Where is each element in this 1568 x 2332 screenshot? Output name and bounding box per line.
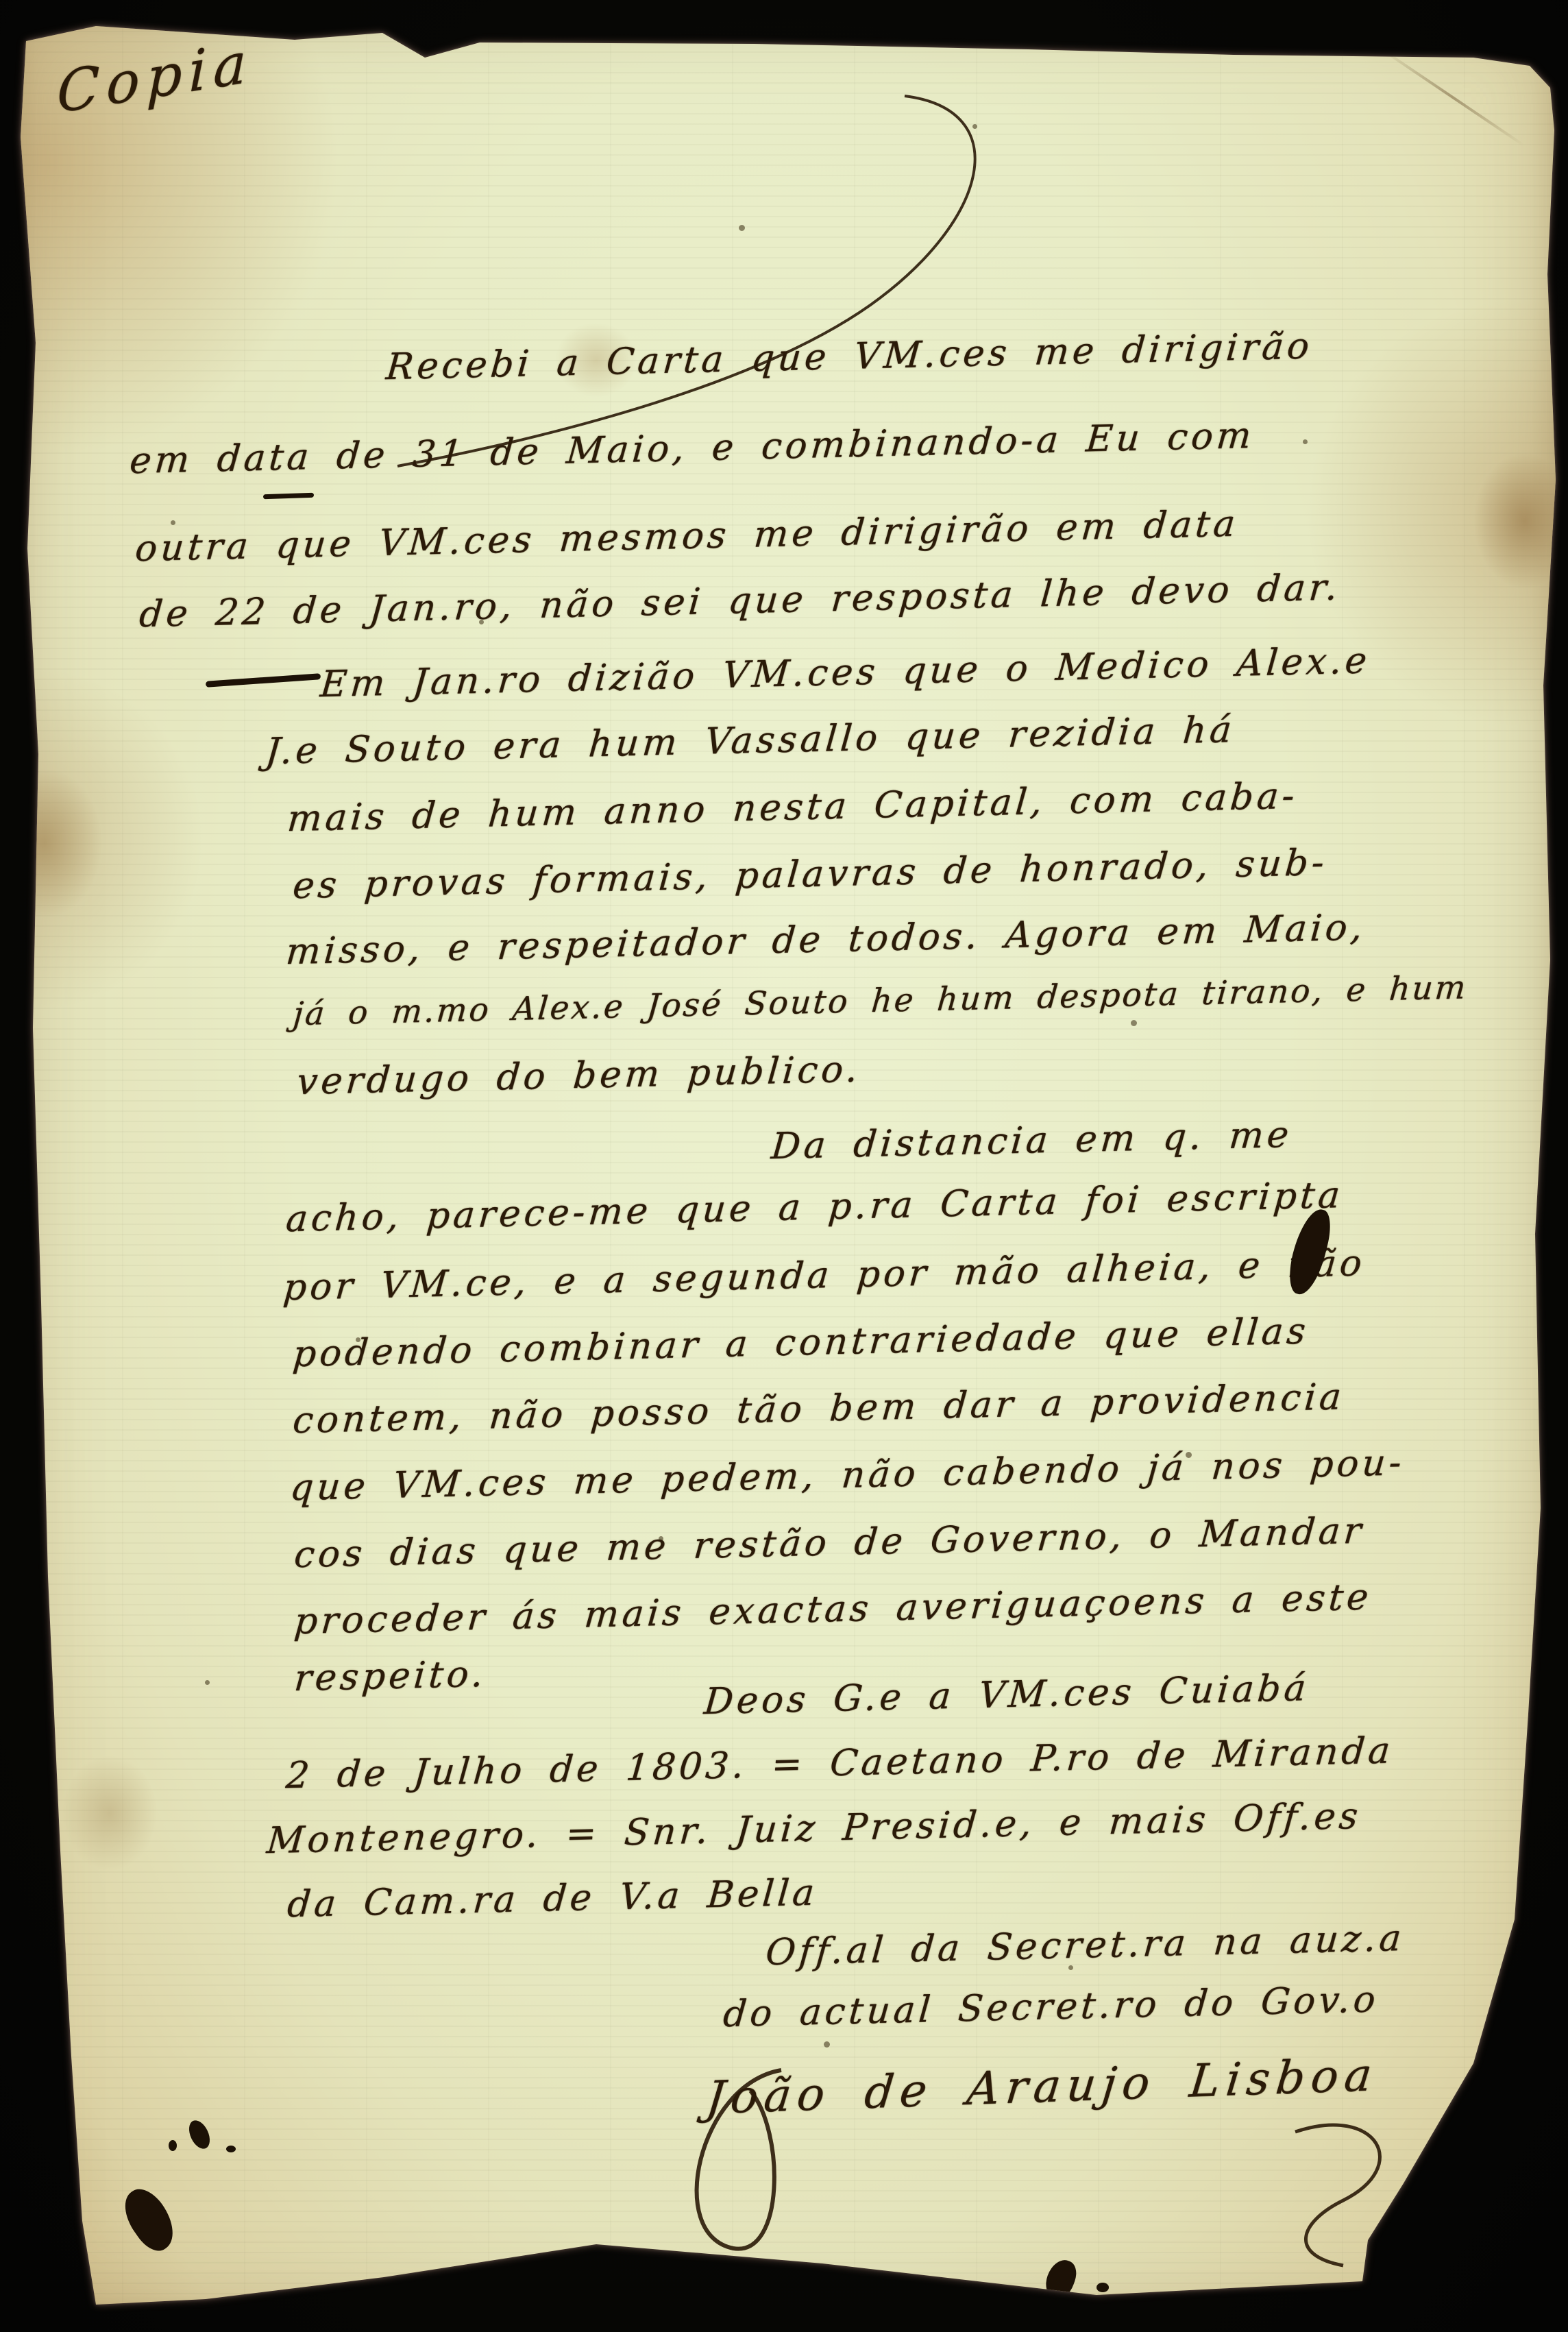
manuscript-line: Montenegro. = Snr. Juiz Presid.e, e mais…: [265, 1795, 1363, 1862]
manuscript-line: que VM.ces me pedem, não cabendo já nos …: [289, 1442, 1406, 1509]
signature: João de Araujo Lisboa: [704, 2048, 1380, 2125]
manuscript-line: mais de hum anno nesta Capital, com caba…: [286, 775, 1299, 840]
manuscript-line: Off.al da Secret.ra na auz.a: [764, 1917, 1406, 1973]
ink-blot: [115, 2182, 184, 2258]
corner-crease: [1381, 48, 1524, 146]
manuscript-line: cos dias que me restão de Governo, o Man…: [293, 1510, 1366, 1577]
manuscript-line: do actual Secret.ro do Gov.o: [722, 1978, 1380, 2035]
manuscript-line: de 22 de Jan.ro, não sei que resposta lh…: [138, 566, 1343, 635]
foxing-stain: [1473, 452, 1568, 590]
pen-flourish: [322, 48, 994, 487]
manuscript-line: Da distancia em q. me: [770, 1114, 1294, 1167]
manuscript-paper: Copia Recebi a Carta que VM.ces me dirig…: [0, 0, 1568, 2332]
manuscript-line: respeito.: [293, 1653, 488, 1699]
foxing-stain: [62, 1755, 158, 1871]
manuscript-line: J.e Souto era hum Vassallo que rezidia h…: [264, 709, 1236, 773]
manuscript-line: podendo combinar a contrariedade que ell…: [291, 1310, 1310, 1375]
paper-wrapper: Copia Recebi a Carta que VM.ces me dirig…: [0, 0, 1568, 2332]
manuscript-line: verdugo do bem publico.: [295, 1048, 863, 1103]
manuscript-line: por VM.ce, e a segunda por mão alheia, e…: [282, 1242, 1367, 1309]
manuscript-line: es provas formais, palavras de honrado, …: [291, 842, 1329, 907]
ink-blot: [226, 2146, 236, 2152]
manuscript-line: acho, parece-me que a p.ra Carta foi esc…: [284, 1174, 1345, 1240]
manuscript-line: Em Jan.ro dizião VM.ces que o Medico Ale…: [319, 640, 1372, 705]
manuscript-line: já o m.mo Alex.e José Souto he hum despo…: [291, 969, 1469, 1033]
manuscript-line: 2 de Julho de 1803. = Caetano P.ro de Mi…: [284, 1729, 1395, 1797]
manuscript-line: contem, não posso tão bem dar a providen…: [291, 1376, 1346, 1442]
strike-out-mark: [206, 673, 321, 688]
manuscript-line: outra que VM.ces mesmos me dirigirão em …: [134, 502, 1240, 570]
ink-blot: [185, 2117, 214, 2152]
margin-dash: [263, 493, 314, 500]
foxing-stain: [0, 768, 103, 919]
manuscript-line: proceder ás mais exactas averiguaçoens a…: [293, 1576, 1373, 1642]
manuscript-line: em data de 31 de Maio, e combinando-a Eu…: [128, 415, 1256, 482]
manuscript-line: misso, e respeitador de todos. Agora em …: [284, 906, 1367, 973]
ink-blot: [169, 2140, 177, 2151]
ink-specks: [0, 0, 3, 3]
manuscript-line: Recebi a Carta que VM.ces me dirigirão: [384, 325, 1314, 388]
manuscript-line: da Cam.ra de V.a Bella: [286, 1871, 819, 1926]
photograph-background: Copia Recebi a Carta que VM.ces me dirig…: [0, 0, 1568, 2332]
heading-copia: Copia: [56, 29, 254, 127]
manuscript-line: Deos G.e a VM.ces Cuiabá: [702, 1667, 1311, 1723]
ink-blot: [1097, 2283, 1109, 2292]
ink-blot: [1041, 2256, 1080, 2303]
